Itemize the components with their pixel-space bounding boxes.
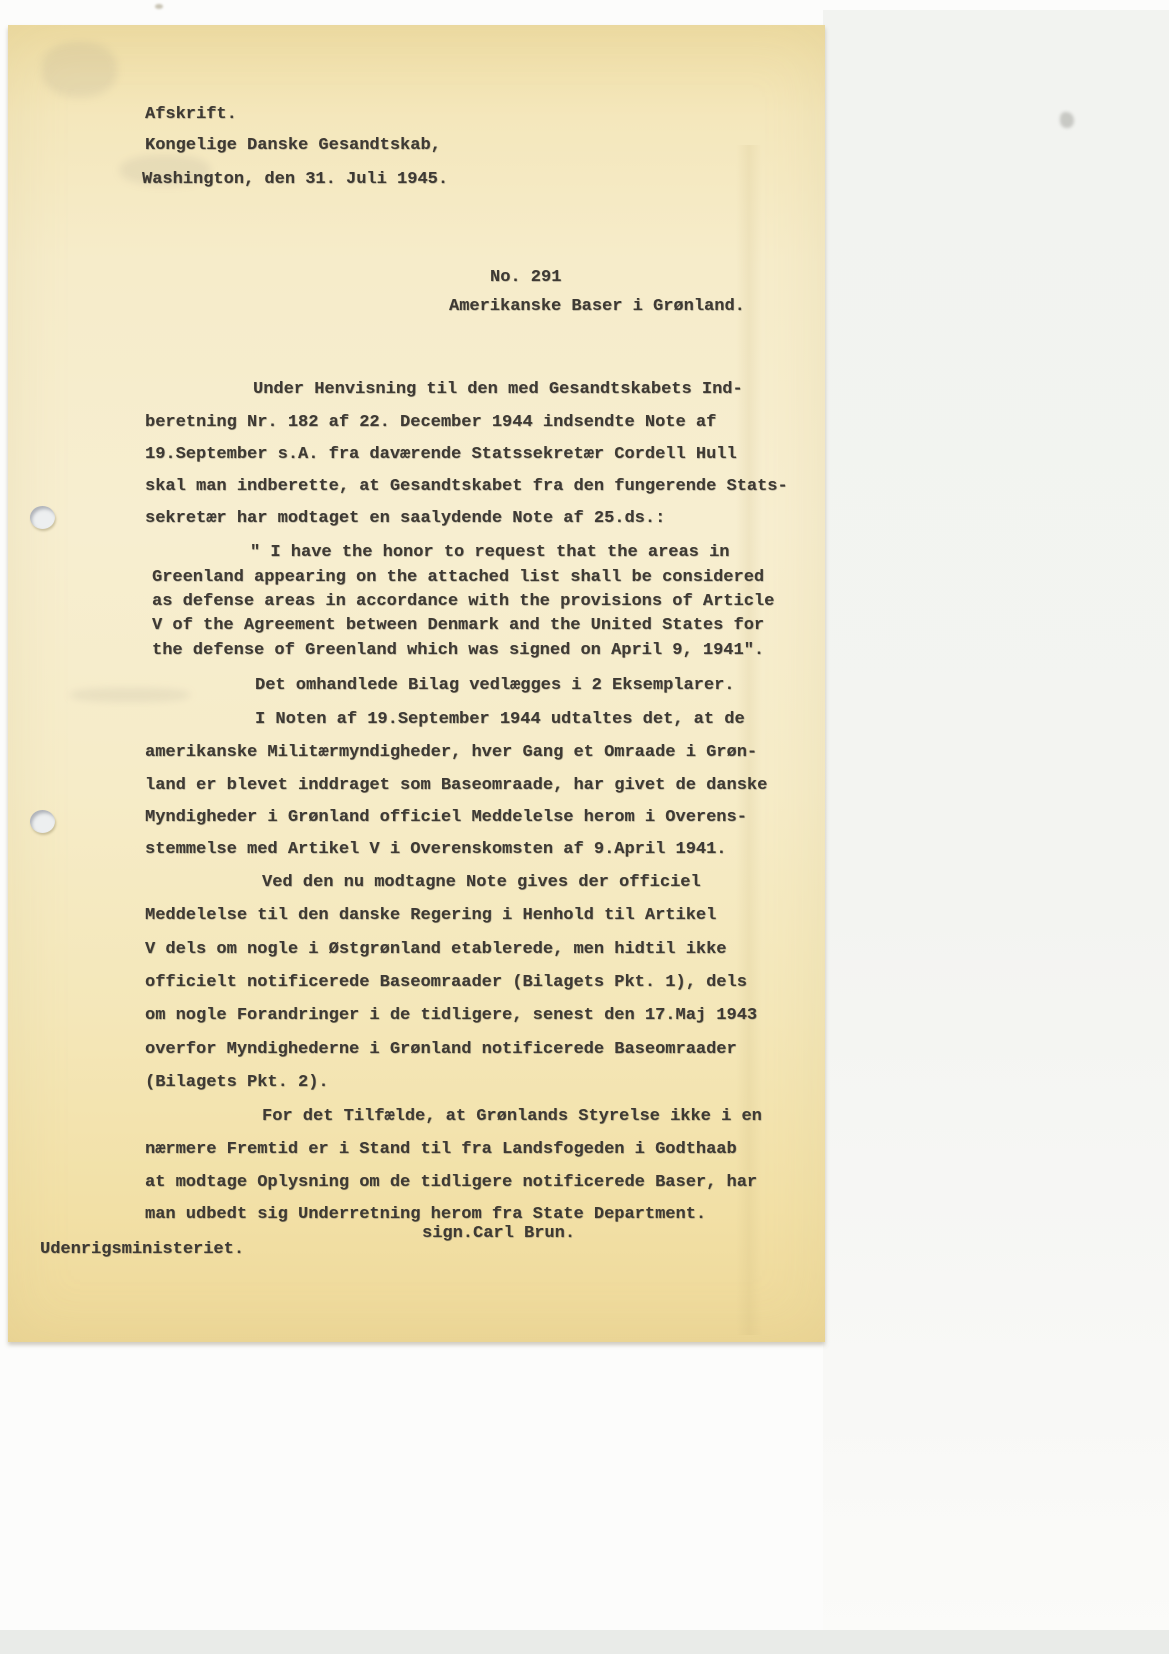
para1-line: skal man indberette, at Gesandtskabet fr…	[145, 477, 788, 496]
signature-line: sign.Carl Brun.	[422, 1224, 575, 1243]
stray-dot	[155, 4, 163, 9]
para3-line: I Noten af 19.September 1944 udtaltes de…	[255, 710, 745, 729]
para2-line: Det omhandlede Bilag vedlægges i 2 Eksem…	[255, 676, 734, 695]
scan-smudge	[42, 42, 117, 97]
para4-line: officielt notificerede Baseomraader (Bil…	[145, 973, 747, 992]
ref-number: No. 291	[490, 268, 561, 287]
para5-line: at modtage Oplysning om de tidligere not…	[145, 1173, 757, 1192]
punch-hole-bottom	[30, 810, 55, 833]
sender-name: Kongelige Danske Gesandtskab,	[145, 136, 441, 155]
para1-line: sekretær har modtaget en saalydende Note…	[145, 509, 665, 528]
quote-line: " I have the honor to request that the a…	[250, 543, 729, 562]
scan-smudge	[70, 688, 190, 702]
quote-line: Greenland appearing on the attached list…	[152, 568, 764, 587]
para3-line: stemmelse med Artikel V i Overenskomsten…	[145, 840, 727, 859]
paper-fold-line	[736, 145, 762, 1335]
scanner-background	[823, 10, 1169, 1640]
para5-line: For det Tilfælde, at Grønlands Styrelse …	[262, 1107, 762, 1126]
para4-line: om nogle Forandringer i de tidligere, se…	[145, 1006, 757, 1025]
punch-hole-top	[30, 506, 55, 529]
quote-line: as defense areas in accordance with the …	[152, 592, 774, 611]
subject-line: Amerikanske Baser i Grønland.	[449, 297, 745, 316]
stray-mark	[1060, 112, 1074, 128]
place-date-line: Washington, den 31. Juli 1945.	[142, 170, 448, 189]
quote-line: the defense of Greenland which was signe…	[152, 641, 764, 660]
para4-line: overfor Myndighederne i Grønland notific…	[145, 1040, 737, 1059]
para4-line: (Bilagets Pkt. 2).	[145, 1073, 329, 1092]
scanned-document-viewport: Afskrift. Kongelige Danske Gesandtskab, …	[0, 0, 1169, 1654]
para1-line: Under Henvisning til den med Gesandtskab…	[253, 380, 743, 399]
para4-line: Meddelelse til den danske Regering i Hen…	[145, 906, 716, 925]
para4-line: Ved den nu modtagne Note gives der offic…	[262, 873, 701, 892]
para1-line: 19.September s.A. fra daværende Statssek…	[145, 445, 737, 464]
para1-line: beretning Nr. 182 af 22. December 1944 i…	[145, 413, 716, 432]
para4-line: V dels om nogle i Østgrønland etablerede…	[145, 940, 727, 959]
para5-line: nærmere Fremtid er i Stand til fra Lands…	[145, 1140, 737, 1159]
para3-line: land er blevet inddraget som Baseomraade…	[145, 776, 767, 795]
para5-line: man udbedt sig Underretning herom fra St…	[145, 1205, 706, 1224]
scan-bottom-strip	[0, 1630, 1169, 1654]
para3-line: Myndigheder i Grønland officiel Meddelel…	[145, 808, 747, 827]
quote-line: V of the Agreement between Denmark and t…	[152, 616, 764, 635]
ministry-label: Udenrigsministeriet.	[40, 1240, 244, 1259]
para3-line: amerikanske Militærmyndigheder, hver Gan…	[145, 743, 757, 762]
transcript-label: Afskrift.	[145, 105, 237, 124]
